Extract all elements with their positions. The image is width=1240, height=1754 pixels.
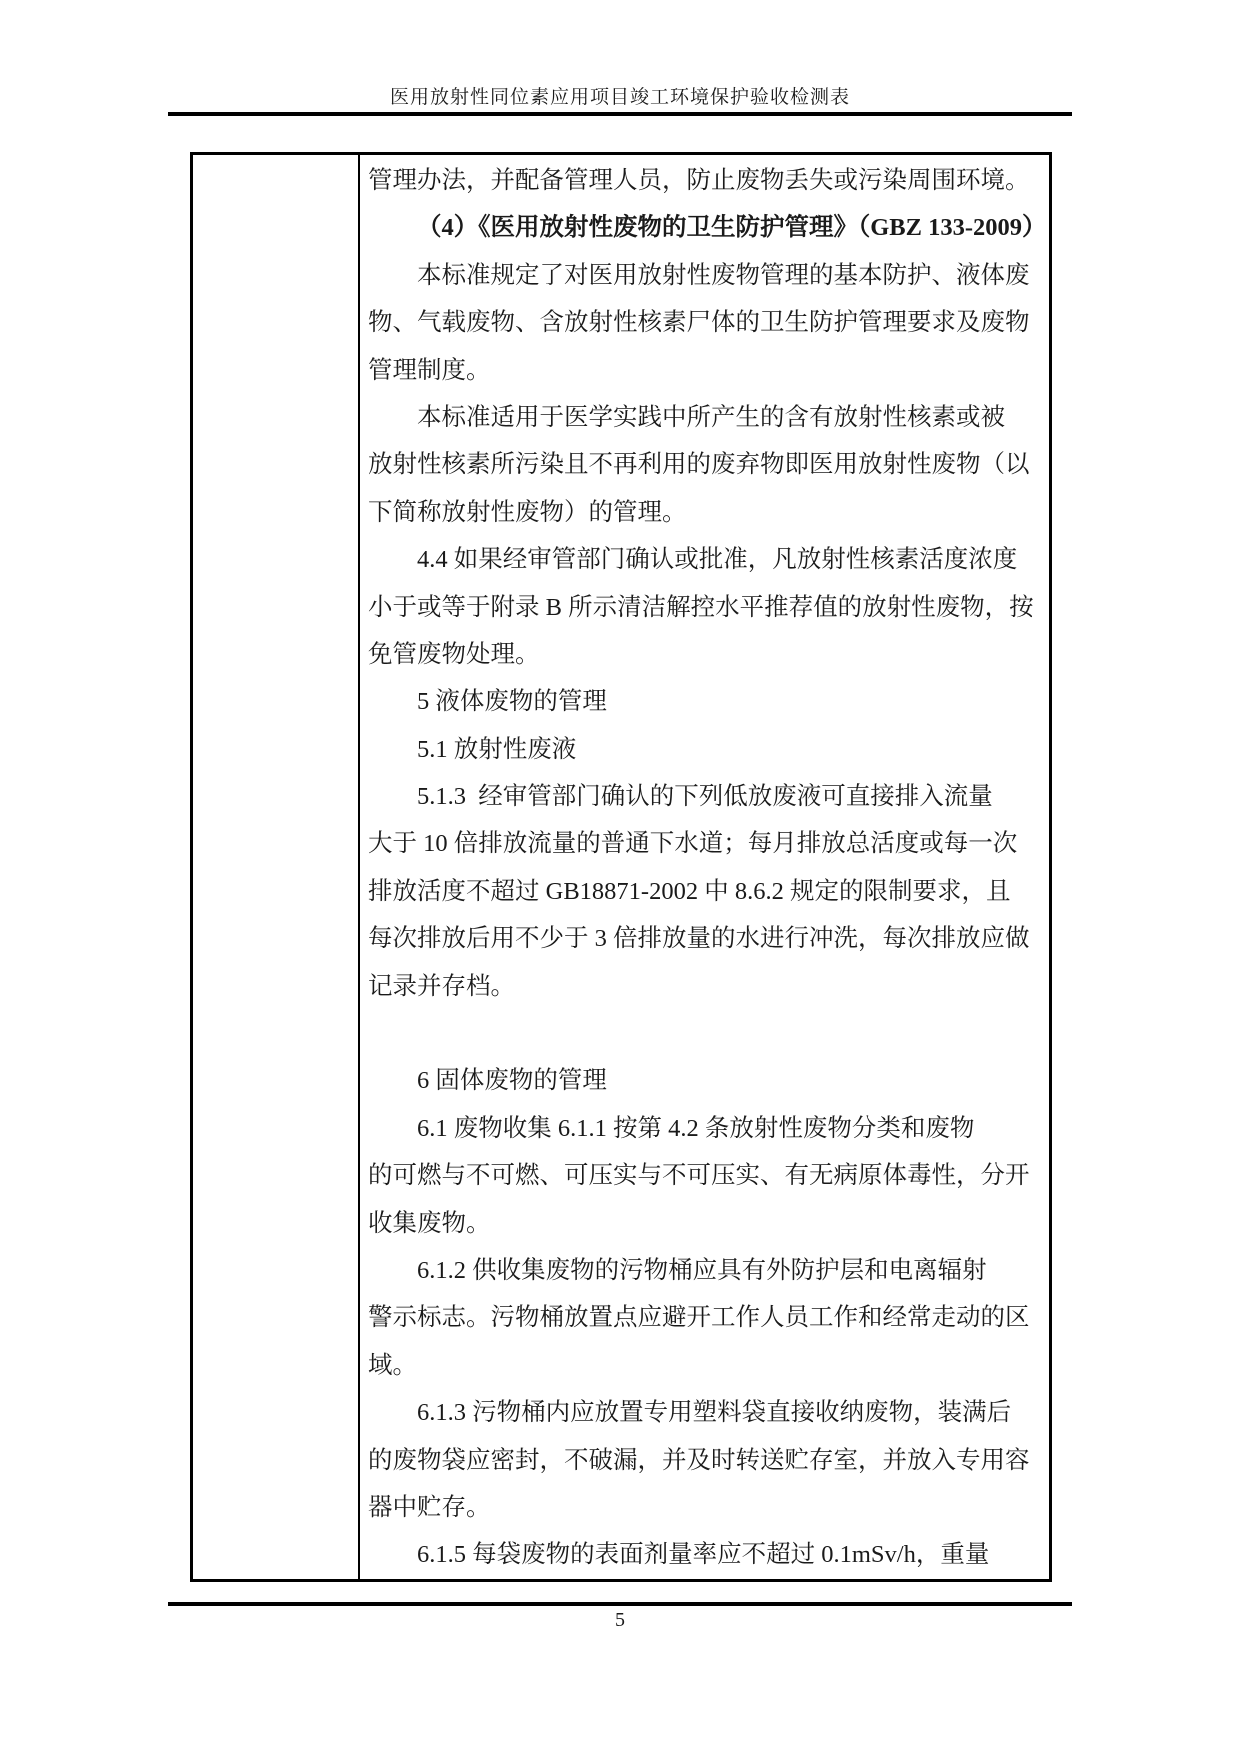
text-line: 5 液体废物的管理 bbox=[368, 678, 1045, 725]
text-line: 6.1.5 每袋废物的表面剂量率应不超过 0.1mSv/h，重量 bbox=[368, 1531, 1045, 1578]
text-line: 记录并存档。 bbox=[368, 963, 1045, 1010]
empty-left-cell bbox=[193, 155, 360, 1579]
text-line: 警示标志。污物桶放置点应避开工作人员工作和经常走动的区 bbox=[368, 1294, 1045, 1341]
text-line: 放射性核素所污染且不再利用的废弃物即医用放射性废物（以 bbox=[368, 441, 1045, 488]
text-line: 6 固体废物的管理 bbox=[368, 1057, 1045, 1104]
header-rule bbox=[168, 112, 1072, 116]
text-line: 管理制度。 bbox=[368, 347, 1045, 394]
text-line: 每次排放后用不少于 3 倍排放量的水进行冲洗，每次排放应做 bbox=[368, 915, 1045, 962]
text-line: 5.1 放射性废液 bbox=[368, 726, 1045, 773]
text-line bbox=[368, 1010, 1045, 1057]
text-line: 的废物袋应密封，不破漏，并及时转送贮存室，并放入专用容 bbox=[368, 1437, 1045, 1484]
text-line: 6.1 废物收集 6.1.1 按第 4.2 条放射性废物分类和废物 bbox=[368, 1105, 1045, 1152]
text-line: 4.4 如果经审管部门确认或批准，凡放射性核素活度浓度 bbox=[368, 536, 1045, 583]
header-title: 医用放射性同位素应用项目竣工环境保护验收检测表 bbox=[0, 82, 1240, 109]
text-line: 排放活度不超过 GB18871-2002 中 8.6.2 规定的限制要求，且 bbox=[368, 868, 1045, 915]
text-line: （4）《医用放射性废物的卫生防护管理》（GBZ 133-2009） bbox=[368, 204, 1045, 251]
content-lines: 管理办法，并配备管理人员，防止废物丢失或污染周围环境。（4）《医用放射性废物的卫… bbox=[368, 157, 1045, 1579]
text-line: 5.1.3 经审管部门确认的下列低放废液可直接排入流量 bbox=[368, 773, 1045, 820]
text-line: 大于 10 倍排放流量的普通下水道；每月排放总活度或每一次 bbox=[368, 820, 1045, 867]
text-line: 收集废物。 bbox=[368, 1200, 1045, 1247]
text-line: 6.1.2 供收集废物的污物桶应具有外防护层和电离辐射 bbox=[368, 1247, 1045, 1294]
text-line: 下简称放射性废物）的管理。 bbox=[368, 489, 1045, 536]
text-line: 管理办法，并配备管理人员，防止废物丢失或污染周围环境。 bbox=[368, 157, 1045, 204]
text-line: 小于或等于附录 B 所示清洁解控水平推荐值的放射性废物，按 bbox=[368, 584, 1045, 631]
text-line: 域。 bbox=[368, 1342, 1045, 1389]
text-line: 免管废物处理。 bbox=[368, 631, 1045, 678]
document-table: 管理办法，并配备管理人员，防止废物丢失或污染周围环境。（4）《医用放射性废物的卫… bbox=[190, 152, 1052, 1582]
text-line: 本标准适用于医学实践中所产生的含有放射性核素或被 bbox=[368, 394, 1045, 441]
footer-rule bbox=[168, 1602, 1072, 1606]
text-line: 物、气载废物、含放射性核素尸体的卫生防护管理要求及废物 bbox=[368, 299, 1045, 346]
text-line: 的可燃与不可燃、可压实与不可压实、有无病原体毒性，分开 bbox=[368, 1152, 1045, 1199]
text-line: 6.1.3 污物桶内应放置专用塑料袋直接收纳废物，装满后 bbox=[368, 1389, 1045, 1436]
page-number: 5 bbox=[0, 1609, 1240, 1632]
document-page: 医用放射性同位素应用项目竣工环境保护验收检测表 管理办法，并配备管理人员，防止废… bbox=[0, 0, 1240, 1754]
text-line: 本标准规定了对医用放射性废物管理的基本防护、液体废 bbox=[368, 252, 1045, 299]
text-line: 器中贮存。 bbox=[368, 1484, 1045, 1531]
content-cell: 管理办法，并配备管理人员，防止废物丢失或污染周围环境。（4）《医用放射性废物的卫… bbox=[360, 155, 1049, 1579]
